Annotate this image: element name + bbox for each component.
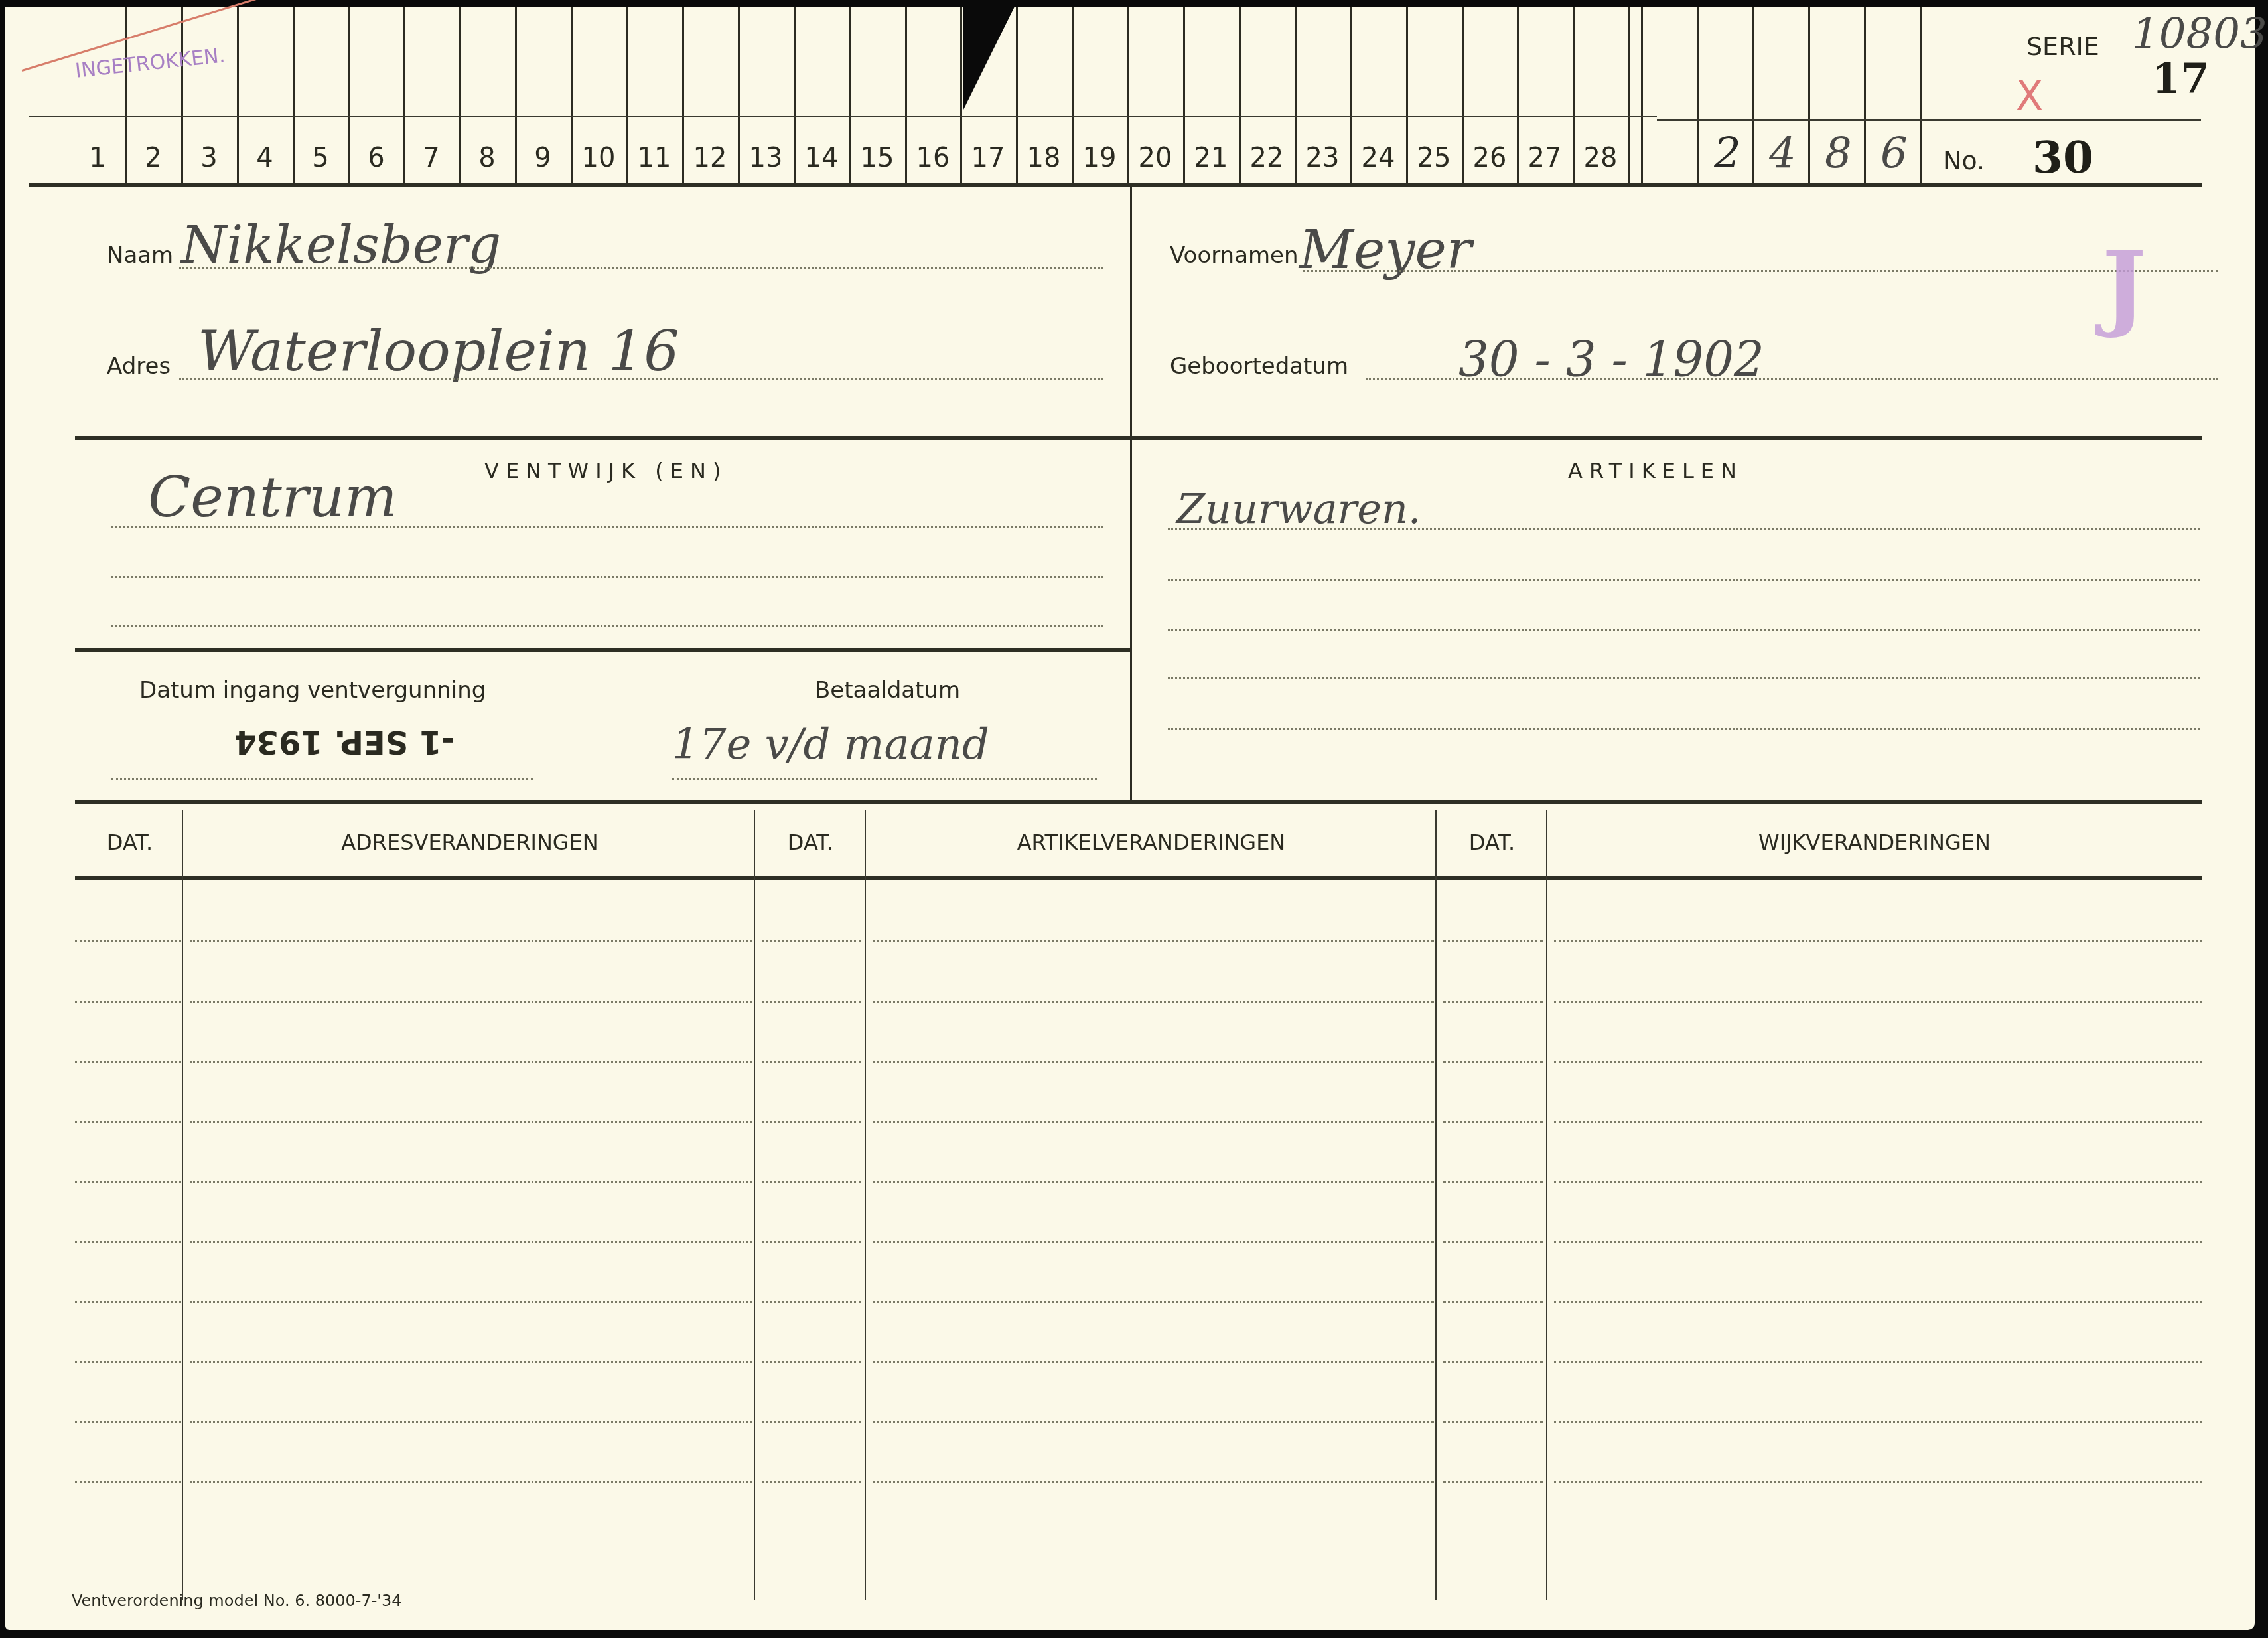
grid-column-number: 12 — [682, 143, 738, 173]
table-row-line — [75, 1061, 181, 1063]
grid-bottom-line — [29, 183, 2202, 187]
table-row-line — [762, 1421, 861, 1423]
grid-column-number: 25 — [1406, 143, 1462, 173]
grid-column-number: 19 — [1072, 143, 1127, 173]
naam-line — [179, 267, 1103, 269]
grid-mid-line-right — [1657, 119, 2201, 121]
table-row-line — [1443, 940, 1543, 942]
table-row-line — [1443, 1181, 1543, 1183]
grid-column-number: 14 — [794, 143, 849, 173]
serie-handwritten: 10803 — [2132, 10, 2267, 59]
hand-digit-4: 6 — [1880, 129, 1908, 179]
table-row-line — [190, 1061, 752, 1063]
table-row-line — [190, 1301, 752, 1303]
col-header-dat-2: DAT. — [755, 830, 866, 855]
grid-column-number: 11 — [626, 143, 682, 173]
grid-mid-line — [29, 116, 1657, 117]
hand-digit-3: 8 — [1825, 129, 1852, 179]
table-row-line — [1443, 1301, 1543, 1303]
center-divider-mid — [1130, 441, 1132, 803]
grid-column-line — [1752, 7, 1754, 183]
ventwijk-bottom-line — [75, 648, 1130, 652]
betaaldatum-line — [672, 778, 1097, 780]
ventwijk-line-2 — [111, 576, 1103, 578]
artikelen-line-2 — [1168, 579, 2200, 581]
col-header-artikelveranderingen: ARTIKELVERANDERINGEN — [866, 830, 1437, 855]
grid-column-line — [1864, 7, 1866, 183]
table-row-line — [75, 1181, 181, 1183]
table-row-line — [873, 1421, 1434, 1423]
no-value: 30 — [2032, 131, 2093, 183]
table-row-line — [190, 940, 752, 942]
geboortedatum-label: Geboortedatum — [1170, 353, 1348, 380]
grid-column-number: 3 — [181, 143, 237, 173]
adres-value: Waterlooplein 16 — [198, 319, 679, 384]
table-row-line — [762, 1001, 861, 1003]
grid-column-number: 23 — [1295, 143, 1350, 173]
table-row-line — [873, 1301, 1434, 1303]
table-row-line — [75, 1301, 181, 1303]
hand-digit-1: 2 — [1714, 129, 1741, 179]
table-row-line — [75, 1481, 181, 1483]
grid-column-number: 13 — [738, 143, 794, 173]
table-row-line — [762, 1121, 861, 1123]
table-row-line — [1554, 1421, 2202, 1423]
table-col-divider-3 — [865, 810, 866, 1600]
col-header-wijkveranderingen: WIJKVERANDERINGEN — [1547, 830, 2202, 855]
artikelen-line-3 — [1168, 629, 2200, 631]
table-row-line — [75, 1001, 181, 1003]
table-col-divider-5 — [1546, 810, 1547, 1600]
grid-column-number: 27 — [1517, 143, 1573, 173]
table-row-line — [762, 1481, 861, 1483]
table-row-line — [873, 1001, 1434, 1003]
red-x-mark: X — [2016, 73, 2043, 119]
table-row-line — [762, 1241, 861, 1243]
grid-column-number: 6 — [348, 143, 404, 173]
table-row-line — [190, 1241, 752, 1243]
section-line-1 — [75, 436, 2202, 440]
table-row-line — [1554, 1241, 2202, 1243]
grid-column-number: 24 — [1350, 143, 1406, 173]
table-row-line — [75, 940, 181, 942]
table-header-bottom-line — [75, 876, 2202, 880]
table-row-line — [190, 1181, 752, 1183]
betaaldatum-value: 17e v/d maand — [672, 720, 989, 769]
table-row-line — [190, 1001, 752, 1003]
grid-column-line — [1808, 7, 1810, 183]
grid-column-number: 7 — [403, 143, 459, 173]
voornamen-line — [1303, 270, 2218, 272]
grid-column-number: 15 — [849, 143, 905, 173]
ingetrokken-stamp: INGETROKKEN. — [74, 44, 226, 82]
hand-digit-2: 4 — [1769, 129, 1796, 179]
table-col-divider-2 — [754, 810, 755, 1600]
table-row-line — [75, 1361, 181, 1363]
artikelen-line-4 — [1168, 677, 2200, 679]
table-row-line — [1443, 1001, 1543, 1003]
center-divider-top — [1130, 186, 1132, 445]
datum-ingang-line — [111, 778, 533, 780]
table-row-line — [762, 1301, 861, 1303]
table-row-line — [762, 1061, 861, 1063]
table-row-line — [873, 1061, 1434, 1063]
grid-column-number: 18 — [1016, 143, 1072, 173]
card-notch — [963, 0, 1018, 110]
table-row-line — [1443, 1361, 1543, 1363]
no-label: No. — [1943, 146, 1985, 175]
serie-value: 17 — [2152, 54, 2209, 103]
artikelen-line-1 — [1168, 528, 2200, 530]
table-row-line — [873, 1241, 1434, 1243]
table-row-line — [1554, 1181, 2202, 1183]
adres-label: Adres — [107, 353, 171, 380]
table-row-line — [762, 940, 861, 942]
grid-column-number: 5 — [293, 143, 348, 173]
serie-label: SERIE — [2026, 32, 2099, 61]
footer-model-text: Ventverordening model No. 6. 8000-7-'34 — [72, 1592, 402, 1610]
grid-column-number: 21 — [1183, 143, 1239, 173]
col-header-dat-3: DAT. — [1437, 830, 1547, 855]
table-row-line — [873, 1361, 1434, 1363]
grid-column-number: 17 — [960, 143, 1016, 173]
table-row-line — [873, 1181, 1434, 1183]
j-stamp: J — [2102, 232, 2146, 341]
grid-column-number: 22 — [1239, 143, 1295, 173]
artikelen-value: Zuurwaren. — [1176, 484, 1421, 533]
table-row-line — [190, 1421, 752, 1423]
table-row-line — [762, 1361, 861, 1363]
table-row-line — [75, 1241, 181, 1243]
table-row-line — [1554, 1061, 2202, 1063]
grid-column-number: 1 — [70, 143, 125, 173]
grid-column-number: 20 — [1127, 143, 1183, 173]
table-row-line — [1554, 1001, 2202, 1003]
table-row-line — [1554, 1361, 2202, 1363]
table-top-line — [75, 800, 2202, 804]
grid-column-number: 4 — [237, 143, 293, 173]
naam-label: Naam — [107, 242, 173, 269]
col-header-dat-1: DAT. — [75, 830, 184, 855]
grid-column-number: 8 — [459, 143, 515, 173]
grid-column-line — [1920, 7, 1922, 183]
registration-card: 1234567891011121314151617181920212223242… — [5, 7, 2255, 1630]
grid-column-line — [1628, 7, 1630, 183]
table-row-line — [75, 1121, 181, 1123]
voornamen-label: Voornamen — [1170, 242, 1299, 269]
table-row-line — [762, 1181, 861, 1183]
artikelen-heading: ARTIKELEN — [1568, 458, 1743, 483]
grid-column-line — [1641, 7, 1643, 183]
table-row-line — [1443, 1061, 1543, 1063]
table-row-line — [1443, 1241, 1543, 1243]
table-row-line — [1443, 1121, 1543, 1123]
adres-line — [179, 378, 1103, 380]
grid-column-line — [1697, 7, 1699, 183]
ventwijk-line-1 — [111, 526, 1103, 528]
table-row-line — [75, 1421, 181, 1423]
table-row-line — [190, 1121, 752, 1123]
col-header-adresveranderingen: ADRESVERANDERINGEN — [184, 830, 755, 855]
grid-column-number: 2 — [125, 143, 181, 173]
table-col-divider-1 — [182, 810, 183, 1600]
table-row-line — [1554, 940, 2202, 942]
table-col-divider-4 — [1435, 810, 1437, 1600]
table-row-line — [873, 1121, 1434, 1123]
grid-column-number: 28 — [1573, 143, 1628, 173]
table-row-line — [190, 1361, 752, 1363]
table-row-line — [190, 1481, 752, 1483]
grid-column-number: 26 — [1462, 143, 1518, 173]
table-row-line — [873, 940, 1434, 942]
betaaldatum-label: Betaaldatum — [815, 677, 960, 704]
grid-column-number: 16 — [905, 143, 961, 173]
table-row-line — [1554, 1301, 2202, 1303]
geboortedatum-line — [1366, 378, 2218, 380]
table-row-line — [873, 1481, 1434, 1483]
artikelen-line-5 — [1168, 728, 2200, 730]
ventwijk-line-3 — [111, 625, 1103, 627]
table-row-line — [1554, 1481, 2202, 1483]
ventwijk-value: Centrum — [148, 465, 397, 530]
grid-column-number: 9 — [515, 143, 571, 173]
table-row-line — [1443, 1481, 1543, 1483]
grid-column-number: 10 — [571, 143, 626, 173]
table-row-line — [1443, 1421, 1543, 1423]
datum-ingang-label: Datum ingang ventvergunning — [139, 677, 486, 704]
ventwijk-heading: VENTWIJK (EN) — [484, 458, 727, 483]
table-row-line — [1554, 1121, 2202, 1123]
datum-ingang-stamp: -1 SEP. 1934 — [234, 723, 455, 761]
